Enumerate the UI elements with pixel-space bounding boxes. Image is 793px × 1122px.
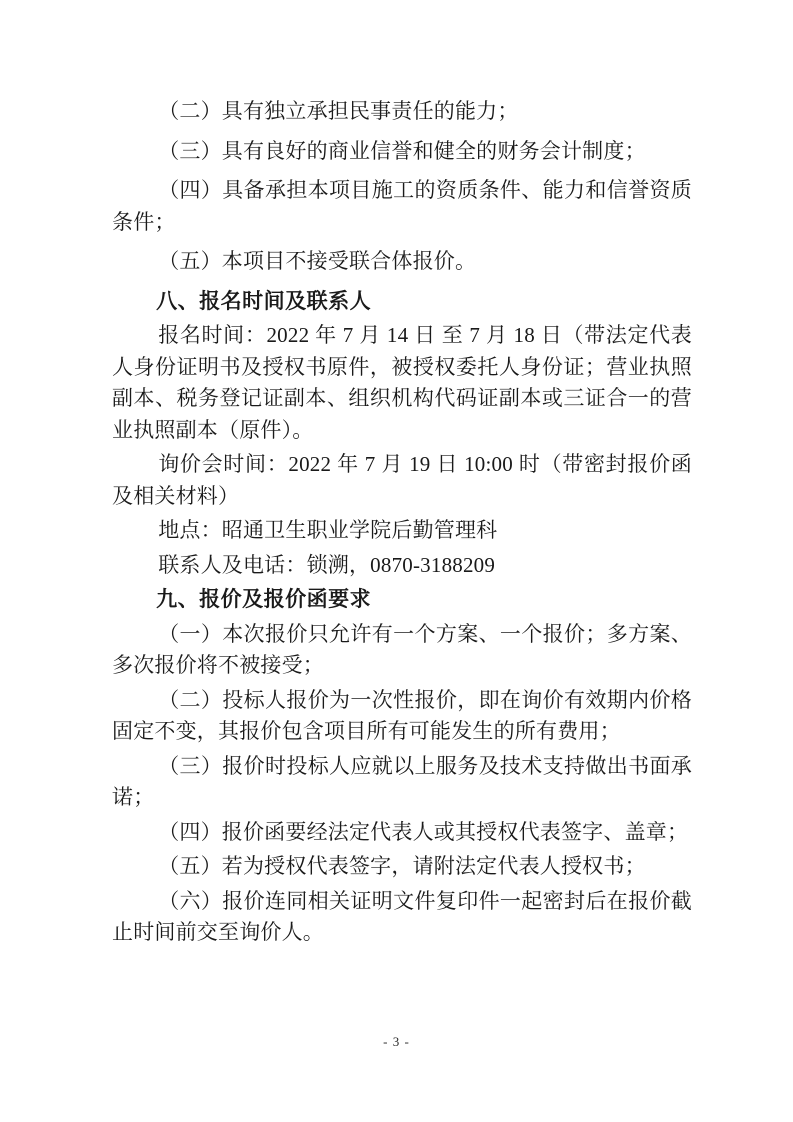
paragraph: 报名时间：2022 年 7 月 14 日 至 7 月 18 日（带法定代表人身份…	[112, 320, 692, 446]
paragraph: （四）具备承担本项目施工的资质条件、能力和信誉资质条件；	[112, 175, 692, 238]
paragraph: （三）具有良好的商业信誉和健全的财务会计制度；	[112, 136, 692, 168]
section-heading: 九、报价及报价函要求	[112, 584, 692, 616]
paragraph: （二）投标人报价为一次性报价，即在询价有效期内价格固定不变，其报价包含项目所有可…	[112, 685, 692, 748]
section-heading: 八、报名时间及联系人	[112, 286, 692, 318]
document-page: （二）具有独立承担民事责任的能力；（三）具有良好的商业信誉和健全的财务会计制度；…	[0, 0, 793, 1122]
document-body: （二）具有独立承担民事责任的能力；（三）具有良好的商业信誉和健全的财务会计制度；…	[112, 96, 692, 952]
paragraph: 询价会时间：2022 年 7 月 19 日 10:00 时（带密封报价函及相关材…	[112, 449, 692, 512]
paragraph: （五）本项目不接受联合体报价。	[112, 246, 692, 278]
paragraph: 地点：昭通卫生职业学院后勤管理科	[112, 515, 692, 547]
paragraph: （四）报价函要经法定代表人或其授权代表签字、盖章；	[112, 817, 692, 849]
paragraph: （二）具有独立承担民事责任的能力；	[112, 96, 692, 128]
paragraph: （一）本次报价只允许有一个方案、一个报价；多方案、多次报价将不被接受；	[112, 619, 692, 682]
paragraph: （五）若为授权代表签字，请附法定代表人授权书；	[112, 851, 692, 883]
paragraph: （三）报价时投标人应就以上服务及技术支持做出书面承诺；	[112, 751, 692, 814]
page-number: - 3 -	[0, 1034, 793, 1050]
paragraph: 联系人及电话：锁溯，0870-3188209	[112, 550, 692, 582]
paragraph: （六）报价连同相关证明文件复印件一起密封后在报价截止时间前交至询价人。	[112, 886, 692, 949]
